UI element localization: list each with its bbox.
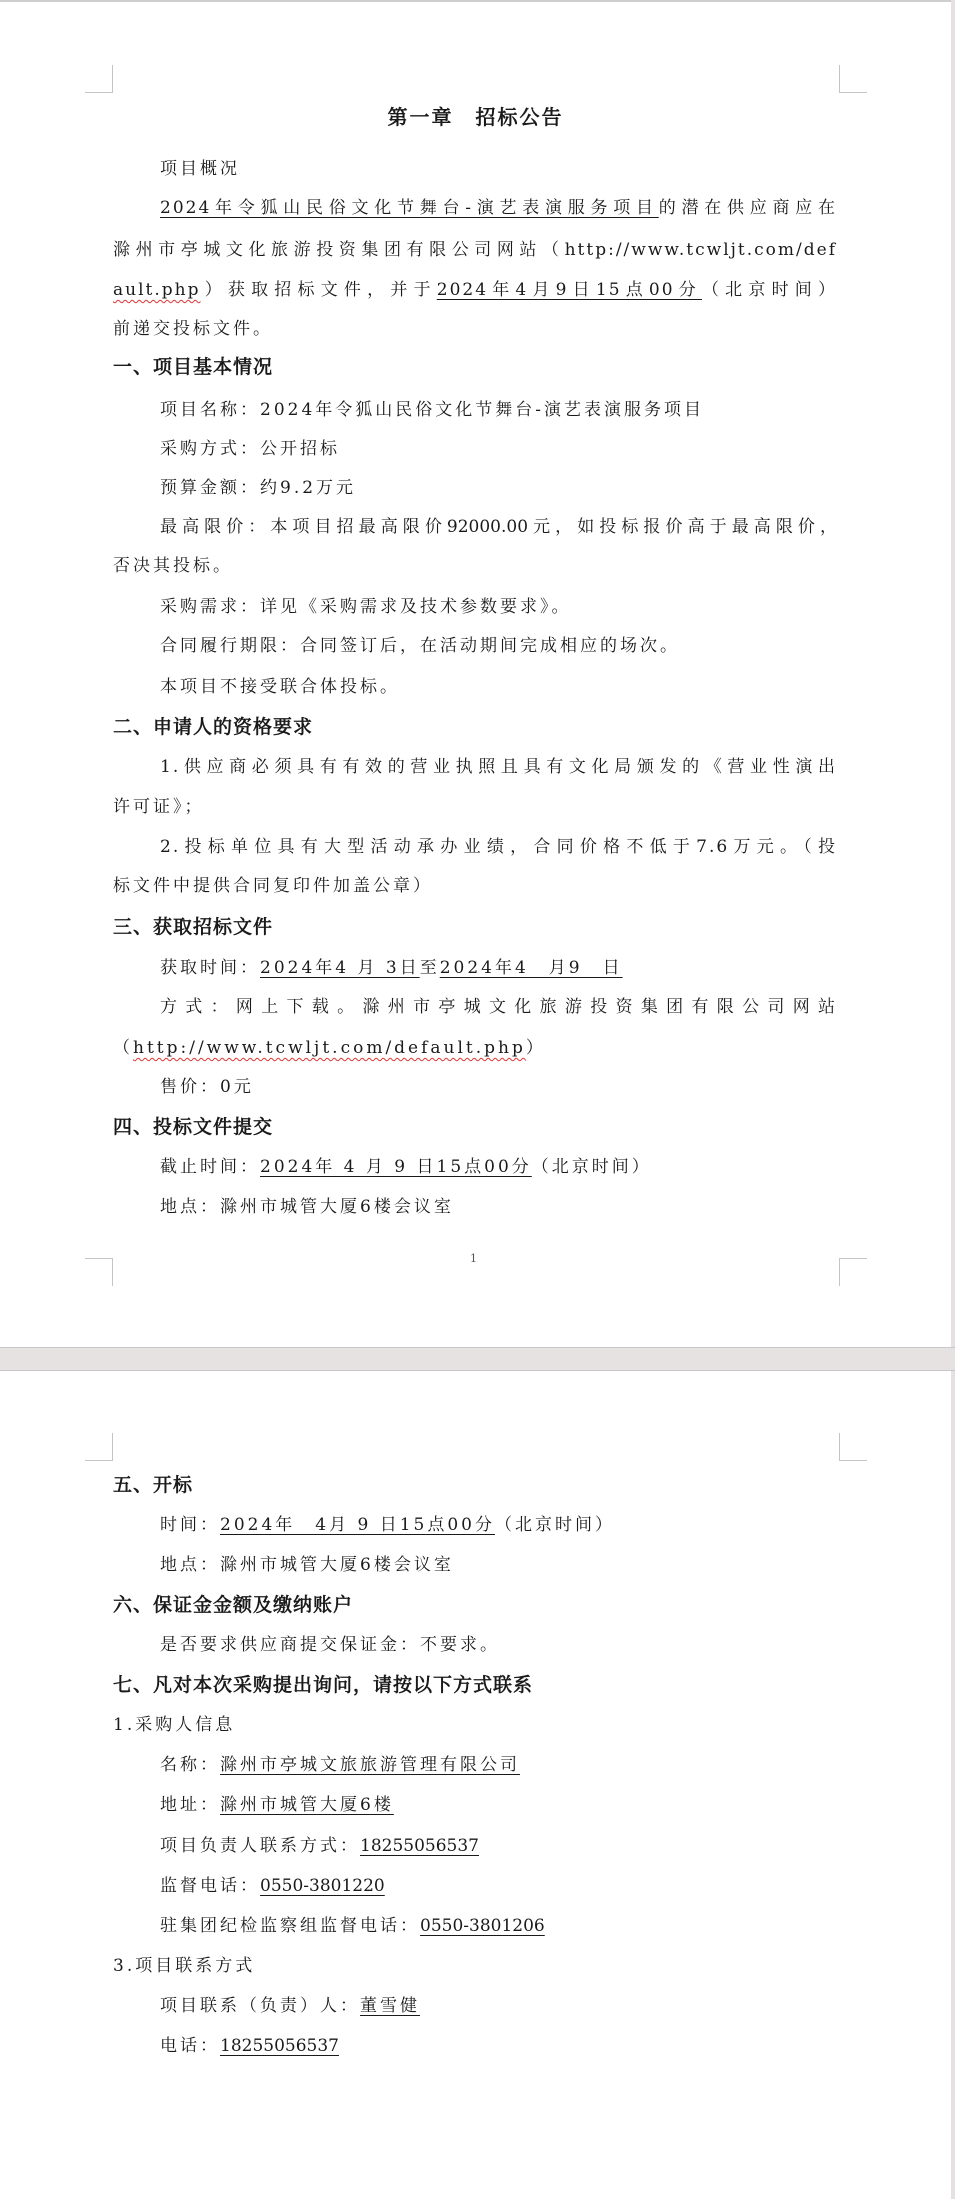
discipline-phone: 驻集团纪检监察组监督电话：0550-3801206 <box>113 1906 837 1946</box>
paren: ） <box>526 1038 546 1058</box>
purchaser-info-title: 1.采购人信息 <box>113 1705 837 1745</box>
margin-corner-mark <box>85 1258 113 1286</box>
submission-location: 地点：滁州市城管大厦6楼会议室 <box>113 1187 837 1227</box>
date-separator: 至 <box>420 958 440 978</box>
field-label: 项目负责人联系方式： <box>160 1836 360 1856</box>
max-price-line: 最高限价：本项目招最高限价92000.00元，如投标报价高于最高限价， <box>113 507 837 547</box>
section-heading-2: 二、申请人的资格要求 <box>113 707 837 747</box>
contact-person: 项目联系（负责）人：董雪健 <box>113 1986 837 2026</box>
lead-contact-phone: 18255056537 <box>360 1836 479 1856</box>
field-label: 项目联系（负责）人： <box>160 1996 360 2016</box>
supervision-phone-value: 0550-3801220 <box>260 1876 385 1896</box>
margin-corner-mark <box>839 1433 867 1461</box>
acquisition-method: 方式：网上下载。滁州市亭城文化旅游投资集团有限公司网站 <box>113 987 837 1027</box>
project-name-link[interactable]: 2024年令狐山民俗文化节舞台-演艺表演服务项目 <box>160 198 659 218</box>
field-label: 获取时间： <box>160 958 260 978</box>
no-consortium-note: 本项目不接受联合体投标。 <box>113 667 837 707</box>
field-label: 驻集团纪检监察组监督电话： <box>160 1916 420 1936</box>
date-end: 2024年4 月9 日 <box>440 958 623 978</box>
website-link[interactable]: http://www.tcwljt.com/default.php <box>133 1038 526 1058</box>
margin-corner-mark <box>839 65 867 93</box>
purchaser-address-value: 滁州市城管大厦6楼 <box>220 1795 394 1815</box>
field-label: 名称： <box>160 1755 220 1775</box>
supervision-phone: 监督电话：0550-3801220 <box>113 1866 837 1906</box>
discipline-phone-value: 0550-3801206 <box>420 1916 545 1936</box>
margin-corner-mark <box>85 65 113 93</box>
field-label: 时间： <box>160 1515 220 1535</box>
section-heading-6: 六、保证金金额及缴纳账户 <box>113 1585 837 1625</box>
url-fragment[interactable]: ault.php <box>113 280 200 300</box>
purchaser-name: 名称：滁州市亭城文旅旅游管理有限公司 <box>113 1745 837 1785</box>
document-price: 售价：0元 <box>113 1067 837 1107</box>
submission-deadline: 2024年4月9日15点00分 <box>437 280 702 300</box>
timezone-note: （北京时间） <box>532 1157 652 1177</box>
section-heading-4: 四、投标文件提交 <box>113 1107 837 1147</box>
opening-time: 时间：2024年 4月 9 日15点00分（北京时间） <box>113 1505 837 1545</box>
intro-paragraph-line: ault.php）获取招标文件，并于2024年4月9日15点00分（北京时间） <box>113 270 837 310</box>
paren: （ <box>113 1038 133 1058</box>
deadline-value: 2024年 4 月 9 日15点00分 <box>260 1157 532 1177</box>
section-heading-1: 一、项目基本情况 <box>113 347 837 387</box>
contact-phone: 电话：18255056537 <box>113 2026 837 2066</box>
procurement-requirements: 采购需求：详见《采购需求及技术参数要求》。 <box>113 587 837 627</box>
intro-text: ）获取招标文件，并于 <box>200 280 436 300</box>
project-contact-title: 3.项目联系方式 <box>113 1946 837 1986</box>
date-start: 2024年4 月 3日 <box>260 958 420 978</box>
acquisition-url-line: （http://www.tcwljt.com/default.php） <box>113 1028 837 1068</box>
section-heading-3: 三、获取招标文件 <box>113 907 837 947</box>
acquisition-time: 获取时间：2024年4 月 3日至2024年4 月9 日 <box>113 948 837 988</box>
page-number: 1 <box>470 1252 477 1265</box>
qualification-item: 许可证》； <box>113 787 837 827</box>
chapter-title: 第一章 招标公告 <box>0 97 951 137</box>
budget: 预算金额：约9.2万元 <box>113 468 837 508</box>
field-label: 监督电话： <box>160 1876 260 1896</box>
section-heading-5: 五、开标 <box>113 1465 837 1505</box>
contract-period: 合同履行期限：合同签订后，在活动期间完成相应的场次。 <box>113 626 837 666</box>
timezone-note: （北京时间） <box>495 1515 615 1535</box>
field-label: 地址： <box>160 1795 220 1815</box>
intro-text: （北京时间） <box>702 280 837 300</box>
document-page-2: 五、开标 时间：2024年 4月 9 日15点00分（北京时间） 地点：滁州市城… <box>0 1371 951 2199</box>
qualification-item: 1.供应商必须具有有效的营业执照且具有文化局颁发的《营业性演出 <box>113 747 837 787</box>
qualification-item: 标文件中提供合同复印件加盖公章） <box>113 866 837 906</box>
purchaser-name-value: 滁州市亭城文旅旅游管理有限公司 <box>220 1755 520 1775</box>
margin-corner-mark <box>85 1433 113 1461</box>
qualification-item: 2.投标单位具有大型活动承办业绩，合同价格不低于7.6万元。（投 <box>113 827 837 867</box>
section-heading-7: 七、凡对本次采购提出询问，请按以下方式联系 <box>113 1665 837 1705</box>
intro-text: 的潜在供应商应在 <box>659 198 837 218</box>
intro-paragraph-line: 滁州市亭城文化旅游投资集团有限公司网站（http://www.tcwljt.co… <box>113 230 837 270</box>
submission-deadline-line: 截止时间：2024年 4 月 9 日15点00分（北京时间） <box>113 1147 837 1187</box>
contact-phone-value: 18255056537 <box>220 2036 339 2056</box>
overview-label: 项目概况 <box>113 149 837 189</box>
opening-time-value: 2024年 4月 9 日15点00分 <box>220 1515 495 1535</box>
purchaser-address: 地址：滁州市城管大厦6楼 <box>113 1785 837 1825</box>
project-name: 项目名称：2024年令狐山民俗文化节舞台-演艺表演服务项目 <box>113 390 837 430</box>
deposit-requirement: 是否要求供应商提交保证金：不要求。 <box>113 1625 837 1665</box>
margin-corner-mark <box>839 1258 867 1286</box>
page-break-gap <box>0 1347 955 1371</box>
contact-person-value: 董雪健 <box>360 1996 420 2016</box>
intro-paragraph-line: 2024年令狐山民俗文化节舞台-演艺表演服务项目的潜在供应商应在 <box>113 188 837 228</box>
field-label: 电话： <box>160 2036 220 2056</box>
lead-contact: 项目负责人联系方式：18255056537 <box>113 1826 837 1866</box>
field-label: 截止时间： <box>160 1157 260 1177</box>
document-page-1: 第一章 招标公告 项目概况 2024年令狐山民俗文化节舞台-演艺表演服务项目的潜… <box>0 0 951 1347</box>
max-price-line: 否决其投标。 <box>113 546 837 586</box>
procurement-method: 采购方式：公开招标 <box>113 429 837 469</box>
opening-location: 地点：滁州市城管大厦6楼会议室 <box>113 1545 837 1585</box>
intro-paragraph-line: 前递交投标文件。 <box>113 309 837 349</box>
